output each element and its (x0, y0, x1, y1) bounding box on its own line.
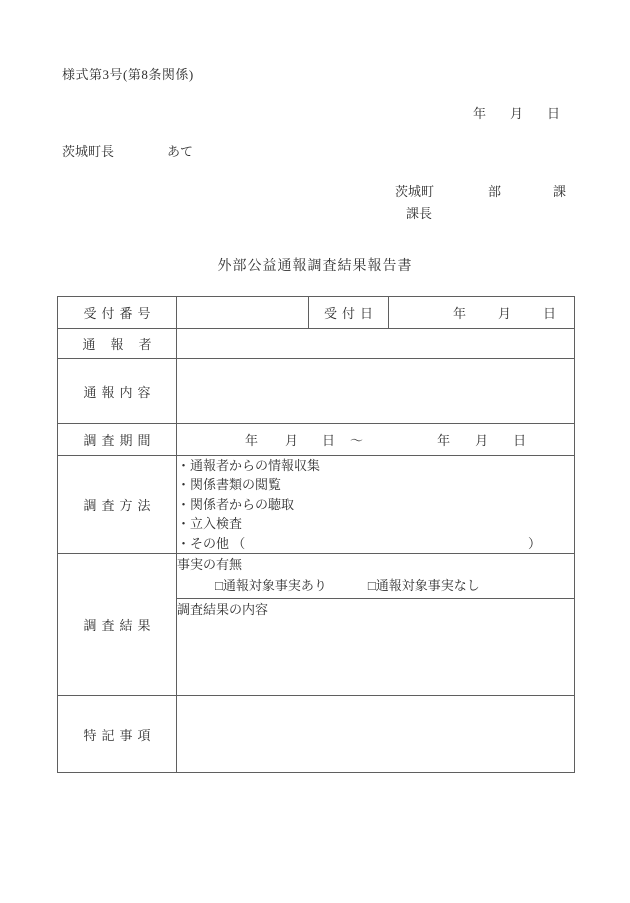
reporter-value-cell[interactable] (177, 329, 575, 359)
result-content-cell[interactable]: 調査結果の内容 (177, 599, 575, 696)
reception-number-label-cell: 受付番号 (58, 297, 177, 329)
reporter-label-cell: 通報者 (58, 329, 177, 359)
result-content-heading: 調査結果の内容 (177, 599, 574, 618)
investigation-method-list-cell: ・通報者からの情報収集 ・関係書類の閲覧 ・関係者からの聴取 ・立入検査 ・その… (177, 456, 575, 554)
sender-title: 課長 (406, 203, 432, 222)
table-row-report-content: 通報内容 (58, 359, 575, 424)
table-row-reception: 受付番号 受付日 年 月 日 (58, 297, 575, 329)
period-start-day: 日 (322, 430, 335, 449)
header-date-month: 月 (510, 103, 523, 122)
table-row-reporter: 通報者 (58, 329, 575, 359)
table-row-special-notes: 特記事項 (58, 696, 575, 773)
method-item-hearing: ・関係者からの聴取 (177, 495, 574, 514)
period-end-month: 月 (475, 430, 488, 449)
sender-section: 課 (553, 181, 566, 200)
period-end-year: 年 (437, 430, 450, 449)
document-title: 外部公益通報調査結果報告書 (0, 255, 630, 275)
investigation-result-label-cell: 調査結果 (58, 554, 177, 696)
method-item-document-review: ・関係書類の閲覧 (177, 475, 574, 494)
header-date: 年 月 日 (473, 103, 560, 122)
reception-date-month: 月 (498, 303, 511, 322)
sender-org: 茨城町 (395, 181, 434, 200)
method-item-onsite-inspection: ・立入検査 (177, 514, 574, 533)
document-page: 様式第3号(第8条関係) 年 月 日 茨城町長 あて 茨城町 部 課 課長 外部… (0, 0, 630, 903)
fact-options-row: □通報対象事実あり □通報対象事実なし (215, 575, 574, 596)
investigation-period-label-cell: 調査期間 (58, 424, 177, 456)
table-row-period: 調査期間 年 月 日 ～ 年 月 日 (58, 424, 575, 456)
reception-date-label-cell: 受付日 (309, 297, 389, 329)
checkbox-fact-present[interactable]: □通報対象事実あり (215, 575, 327, 596)
header-date-year: 年 (473, 103, 486, 122)
special-notes-label-cell: 特記事項 (58, 696, 177, 773)
reception-date-units: 年 月 日 (389, 303, 574, 322)
investigation-period-units: 年 月 日 ～ 年 月 日 (177, 430, 574, 449)
report-form-table: 受付番号 受付日 年 月 日 通報者 通報内容 調査期間 年 (57, 296, 575, 773)
report-content-label-cell: 通報内容 (58, 359, 177, 424)
fact-presence-cell: 事実の有無 □通報対象事実あり □通報対象事実なし (177, 554, 575, 599)
period-end-day: 日 (513, 430, 526, 449)
period-start-month: 月 (285, 430, 298, 449)
reception-number-value-cell[interactable] (177, 297, 309, 329)
special-notes-value-cell[interactable] (177, 696, 575, 773)
method-item-info-collection: ・通報者からの情報収集 (177, 456, 574, 475)
investigation-period-value-cell[interactable]: 年 月 日 ～ 年 月 日 (177, 424, 575, 456)
table-row-result-facts: 調査結果 事実の有無 □通報対象事実あり □通報対象事実なし (58, 554, 575, 599)
method-item-other-line[interactable]: ・その他 （ ） (177, 534, 574, 553)
reception-date-year: 年 (453, 303, 466, 322)
form-number-label: 様式第3号(第8条関係) (62, 64, 194, 83)
sender-line: 茨城町 部 課 (395, 181, 566, 200)
addressee-line: 茨城町長 あて (62, 141, 193, 160)
report-content-value-cell[interactable] (177, 359, 575, 424)
reception-date-value-cell[interactable]: 年 月 日 (389, 297, 575, 329)
table-row-method: 調査方法 ・通報者からの情報収集 ・関係書類の閲覧 ・関係者からの聴取 ・立入検… (58, 456, 575, 554)
reception-date-day: 日 (543, 303, 556, 322)
addressee-name: 茨城町長 (62, 141, 114, 160)
investigation-method-label-cell: 調査方法 (58, 456, 177, 554)
period-tilde: ～ (350, 430, 363, 449)
header-date-day: 日 (547, 103, 560, 122)
sender-dept: 部 (488, 181, 501, 200)
checkbox-fact-absent[interactable]: □通報対象事実なし (368, 575, 480, 596)
period-start-year: 年 (245, 430, 258, 449)
method-other-label: ・その他 （ (177, 534, 245, 553)
addressee-suffix: あて (167, 141, 193, 160)
method-other-close-paren: ） (528, 534, 541, 553)
fact-presence-heading: 事実の有無 (177, 554, 574, 575)
